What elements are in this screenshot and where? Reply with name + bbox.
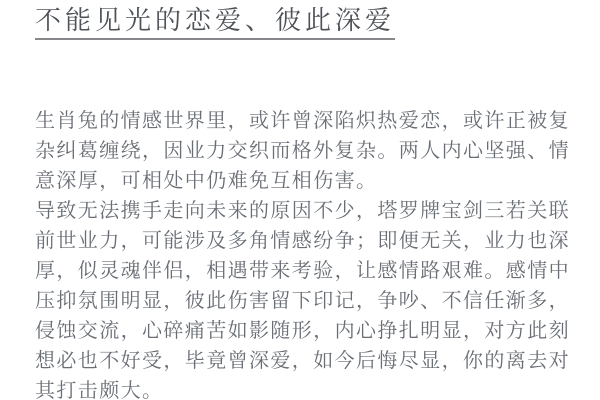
text-line: 侵蚀交流，心碎痛苦如影随形，内心挣扎明显，对方此刻 bbox=[35, 315, 580, 345]
page-title: 不能见光的恋爱、彼此深爱 bbox=[35, 6, 395, 40]
text-line: 杂纠葛缠绕，因业力交织而格外复杂。两人内心坚强、情 bbox=[35, 135, 580, 165]
paragraph: 生肖兔的情感世界里，或许曾深陷炽热爱恋，或许正被复杂纠葛缠绕，因业力交织而格外复… bbox=[35, 105, 580, 195]
text-line: 生肖兔的情感世界里，或许曾深陷炽热爱恋，或许正被复 bbox=[35, 105, 580, 135]
text-line: 意深厚，可相处中仍难免互相伤害。 bbox=[35, 165, 580, 195]
document-body: 生肖兔的情感世界里，或许曾深陷炽热爱恋，或许正被复杂纠葛缠绕，因业力交织而格外复… bbox=[35, 105, 580, 400]
text-line: 前世业力，可能涉及多角情感纷争；即便无关，业力也深 bbox=[35, 225, 580, 255]
text-line: 想必也不好受，毕竟曾深爱，如今后悔尽显，你的离去对 bbox=[35, 345, 580, 375]
text-line: 其打击颇大。 bbox=[35, 375, 580, 400]
text-line: 厚，似灵魂伴侣，相遇带来考验，让感情路艰难。感情中 bbox=[35, 255, 580, 285]
paragraph: 导致无法携手走向未来的原因不少，塔罗牌宝剑三若关联前世业力，可能涉及多角情感纷争… bbox=[35, 195, 580, 400]
text-line: 导致无法携手走向未来的原因不少，塔罗牌宝剑三若关联 bbox=[35, 195, 580, 225]
document-page: 不能见光的恋爱、彼此深爱 生肖兔的情感世界里，或许曾深陷炽热爱恋，或许正被复杂纠… bbox=[0, 0, 600, 400]
text-line: 压抑氛围明显，彼此伤害留下印记，争吵、不信任渐多， bbox=[35, 285, 580, 315]
